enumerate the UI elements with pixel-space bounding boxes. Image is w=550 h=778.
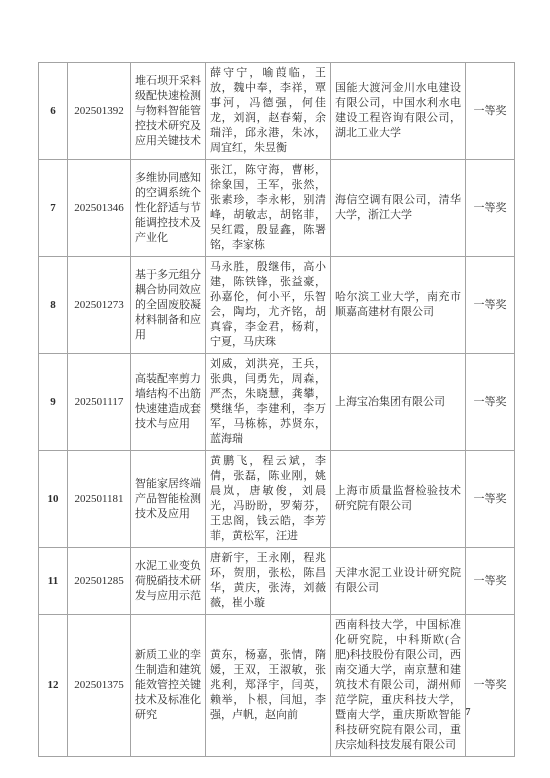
- cell-code: 202501375: [68, 615, 131, 757]
- cell-orgs: 上海市质量监督检验技术研究院有限公司: [331, 451, 466, 548]
- cell-code: 202501273: [68, 257, 131, 354]
- cell-title: 水泥工业变负荷脱硝技术研发与应用示范: [131, 548, 206, 615]
- cell-people: 黄鹏飞，程云斌，李倩，张磊，陈业刚，姚晨岚，唐敏俊，刘晨光，冯盼盼，罗菊芬，王忠…: [206, 451, 331, 548]
- cell-title: 堆石坝开采料级配快速检测与物料智能管控技术研究及应用关键技术: [131, 63, 206, 160]
- cell-award: 一等奖: [466, 615, 515, 757]
- cell-index: 7: [39, 160, 68, 257]
- cell-index: 10: [39, 451, 68, 548]
- cell-title: 多维协同感知的空调系统个性化舒适与节能调控技术及产业化: [131, 160, 206, 257]
- cell-people: 刘威，刘洪亮，王兵，张典，闫勇先，周森，严杰，朱晓慧，龚攀，樊继华，李建利，李万…: [206, 354, 331, 451]
- awards-table: 6202501392堆石坝开采料级配快速检测与物料智能管控技术研究及应用关键技术…: [38, 62, 515, 757]
- cell-title: 高装配率剪力墙结构不出筋快速建造成套技术与应用: [131, 354, 206, 451]
- cell-award: 一等奖: [466, 160, 515, 257]
- cell-orgs: 上海宝冶集团有限公司: [331, 354, 466, 451]
- table-row: 9202501117高装配率剪力墙结构不出筋快速建造成套技术与应用刘威，刘洪亮，…: [39, 354, 515, 451]
- cell-title: 智能家居终端产品智能检测技术及应用: [131, 451, 206, 548]
- cell-people: 张江，陈守海，曹彬，徐象国，王军，张然，张素珍，李永彬，别清峰，胡敏志，胡铭菲，…: [206, 160, 331, 257]
- cell-award: 一等奖: [466, 257, 515, 354]
- cell-orgs: 哈尔滨工业大学，南充市顺嘉高建材有限公司: [331, 257, 466, 354]
- page-number: 7: [460, 707, 476, 718]
- document-page: 6202501392堆石坝开采料级配快速检测与物料智能管控技术研究及应用关键技术…: [0, 0, 550, 778]
- cell-code: 202501285: [68, 548, 131, 615]
- cell-people: 马永胜，殷继伟，高小建，陈铁锋，张益豪，孙嘉伦，何小平，乐智会，陶均，尤齐铭，胡…: [206, 257, 331, 354]
- cell-award: 一等奖: [466, 63, 515, 160]
- cell-people: 唐新宇，王永刚，程兆环，贺朋，张松，陈昌华，黄庆，张涛，刘薇薇，崔小璇: [206, 548, 331, 615]
- cell-orgs: 国能大渡河金川水电建设有限公司，中国水利水电建设工程咨询有限公司，湖北工业大学: [331, 63, 466, 160]
- cell-index: 8: [39, 257, 68, 354]
- table-row: 11202501285水泥工业变负荷脱硝技术研发与应用示范唐新宇，王永刚，程兆环…: [39, 548, 515, 615]
- cell-code: 202501117: [68, 354, 131, 451]
- cell-title: 基于多元组分耦合协同效应的全固废胶凝材料制备和应用: [131, 257, 206, 354]
- cell-award: 一等奖: [466, 354, 515, 451]
- cell-index: 12: [39, 615, 68, 757]
- cell-title: 新质工业的孪生制造和建筑能效管控关键技术及标准化研究: [131, 615, 206, 757]
- table-row: 10202501181智能家居终端产品智能检测技术及应用黄鹏飞，程云斌，李倩，张…: [39, 451, 515, 548]
- cell-code: 202501392: [68, 63, 131, 160]
- cell-award: 一等奖: [466, 548, 515, 615]
- cell-index: 11: [39, 548, 68, 615]
- cell-index: 9: [39, 354, 68, 451]
- cell-orgs: 海信空调有限公司，清华大学，浙江大学: [331, 160, 466, 257]
- cell-code: 202501181: [68, 451, 131, 548]
- cell-people: 黄东，杨嘉，张情，隋媛，王双，王淑敏，张兆利，郑泽宇，闫英，赖举，卜根，闫旭，李…: [206, 615, 331, 757]
- cell-orgs: 西南科技大学，中国标准化研究院，中科斯欧(合肥)科技股份有限公司，西南交通大学，…: [331, 615, 466, 757]
- table-row: 7202501346多维协同感知的空调系统个性化舒适与节能调控技术及产业化张江，…: [39, 160, 515, 257]
- awards-table-body: 6202501392堆石坝开采料级配快速检测与物料智能管控技术研究及应用关键技术…: [39, 63, 515, 757]
- cell-people: 薛守宁，喻葭临，王放，魏中奉，李祥，覃事河，冯德强，何佳龙，刘润，赵春菊，余瑞洋…: [206, 63, 331, 160]
- table-row: 12202501375新质工业的孪生制造和建筑能效管控关键技术及标准化研究黄东，…: [39, 615, 515, 757]
- table-row: 6202501392堆石坝开采料级配快速检测与物料智能管控技术研究及应用关键技术…: [39, 63, 515, 160]
- cell-index: 6: [39, 63, 68, 160]
- table-row: 8202501273基于多元组分耦合协同效应的全固废胶凝材料制备和应用马永胜，殷…: [39, 257, 515, 354]
- cell-award: 一等奖: [466, 451, 515, 548]
- cell-code: 202501346: [68, 160, 131, 257]
- cell-orgs: 天津水泥工业设计研究院有限公司: [331, 548, 466, 615]
